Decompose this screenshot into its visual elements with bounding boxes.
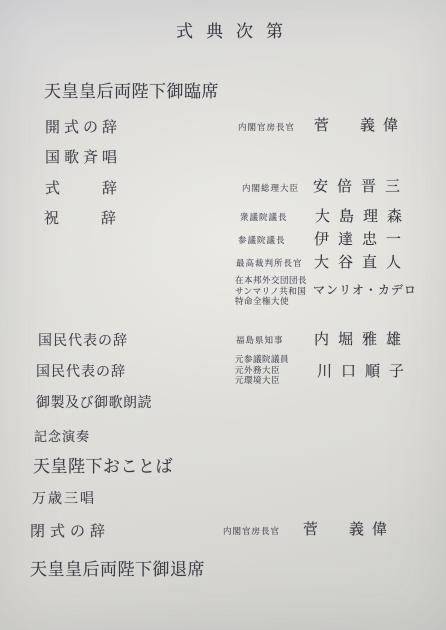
speaker-name: 大島理森	[315, 205, 411, 226]
speaker-name: 伊達忠一	[314, 228, 410, 249]
page-title: 式典次第	[176, 17, 296, 42]
speaker-name: マンリオ・カデロ	[313, 281, 417, 298]
speaker-name: 内堀雅雄	[314, 328, 410, 349]
official-title-line: 特命全権大使	[235, 297, 307, 308]
official-title: 衆議院議長	[240, 211, 288, 223]
official-title-line: サンマリノ共和国	[235, 287, 307, 298]
speaker-name: 川口順子	[317, 360, 413, 381]
official-title-line: 元外務大臣	[235, 366, 289, 377]
program-item-citizens-representative: 国民代表の辞	[36, 361, 126, 381]
official-title: 内閣官房長官	[223, 525, 280, 537]
official-title: 内閣官房長官	[238, 121, 295, 133]
speaker-name: 大谷直人	[314, 251, 410, 272]
program-item-imperial-entrance: 天皇皇后両陛下御臨席	[44, 77, 219, 102]
official-title: 福島県知事	[236, 334, 284, 346]
speaker-name: 安倍晋三	[313, 175, 409, 196]
program-item-commemorative-performance: 記念演奏	[34, 426, 90, 445]
program-item-imperial-exit: 天皇皇后両陛下御退席	[30, 555, 205, 580]
speaker-name: 菅 義偉	[303, 518, 395, 539]
program-item-national-anthem: 国歌斉唱	[45, 146, 121, 167]
official-title-line: 元参議院議員	[235, 355, 289, 366]
program-item-closing-address: 閉式の辞	[30, 520, 110, 541]
official-title: 内閣総理大臣	[242, 182, 299, 194]
program-item-opening-address: 開式の辞	[45, 116, 121, 137]
official-title-line: 元環境大臣	[235, 376, 289, 387]
program-item-poem-reading: 御製及び御歌朗読	[36, 392, 152, 412]
program-item-congratulatory-address: 祝 辞	[44, 207, 120, 228]
ceremony-program-page: 式典次第 天皇皇后両陛下御臨席 開式の辞 内閣官房長官 菅 義偉 国歌斉唱 式 …	[0, 0, 446, 630]
official-title-line: 在本邦外交団団長	[235, 276, 307, 287]
official-title: 参議院議長	[238, 234, 286, 246]
program-item-ceremony-address: 式 辞	[45, 177, 121, 198]
official-title-block: 元参議院議員 元外務大臣 元環境大臣	[235, 355, 289, 387]
program-item-emperor-words: 天皇陛下おことば	[33, 452, 173, 477]
program-item-citizens-representative: 国民代表の辞	[38, 330, 128, 350]
speaker-name: 菅 義偉	[314, 114, 406, 135]
official-title-block: 在本邦外交団団長 サンマリノ共和国 特命全権大使	[235, 276, 307, 308]
program-item-banzai: 万歳三唱	[32, 488, 96, 508]
official-title: 最高裁判所長官	[236, 257, 303, 269]
